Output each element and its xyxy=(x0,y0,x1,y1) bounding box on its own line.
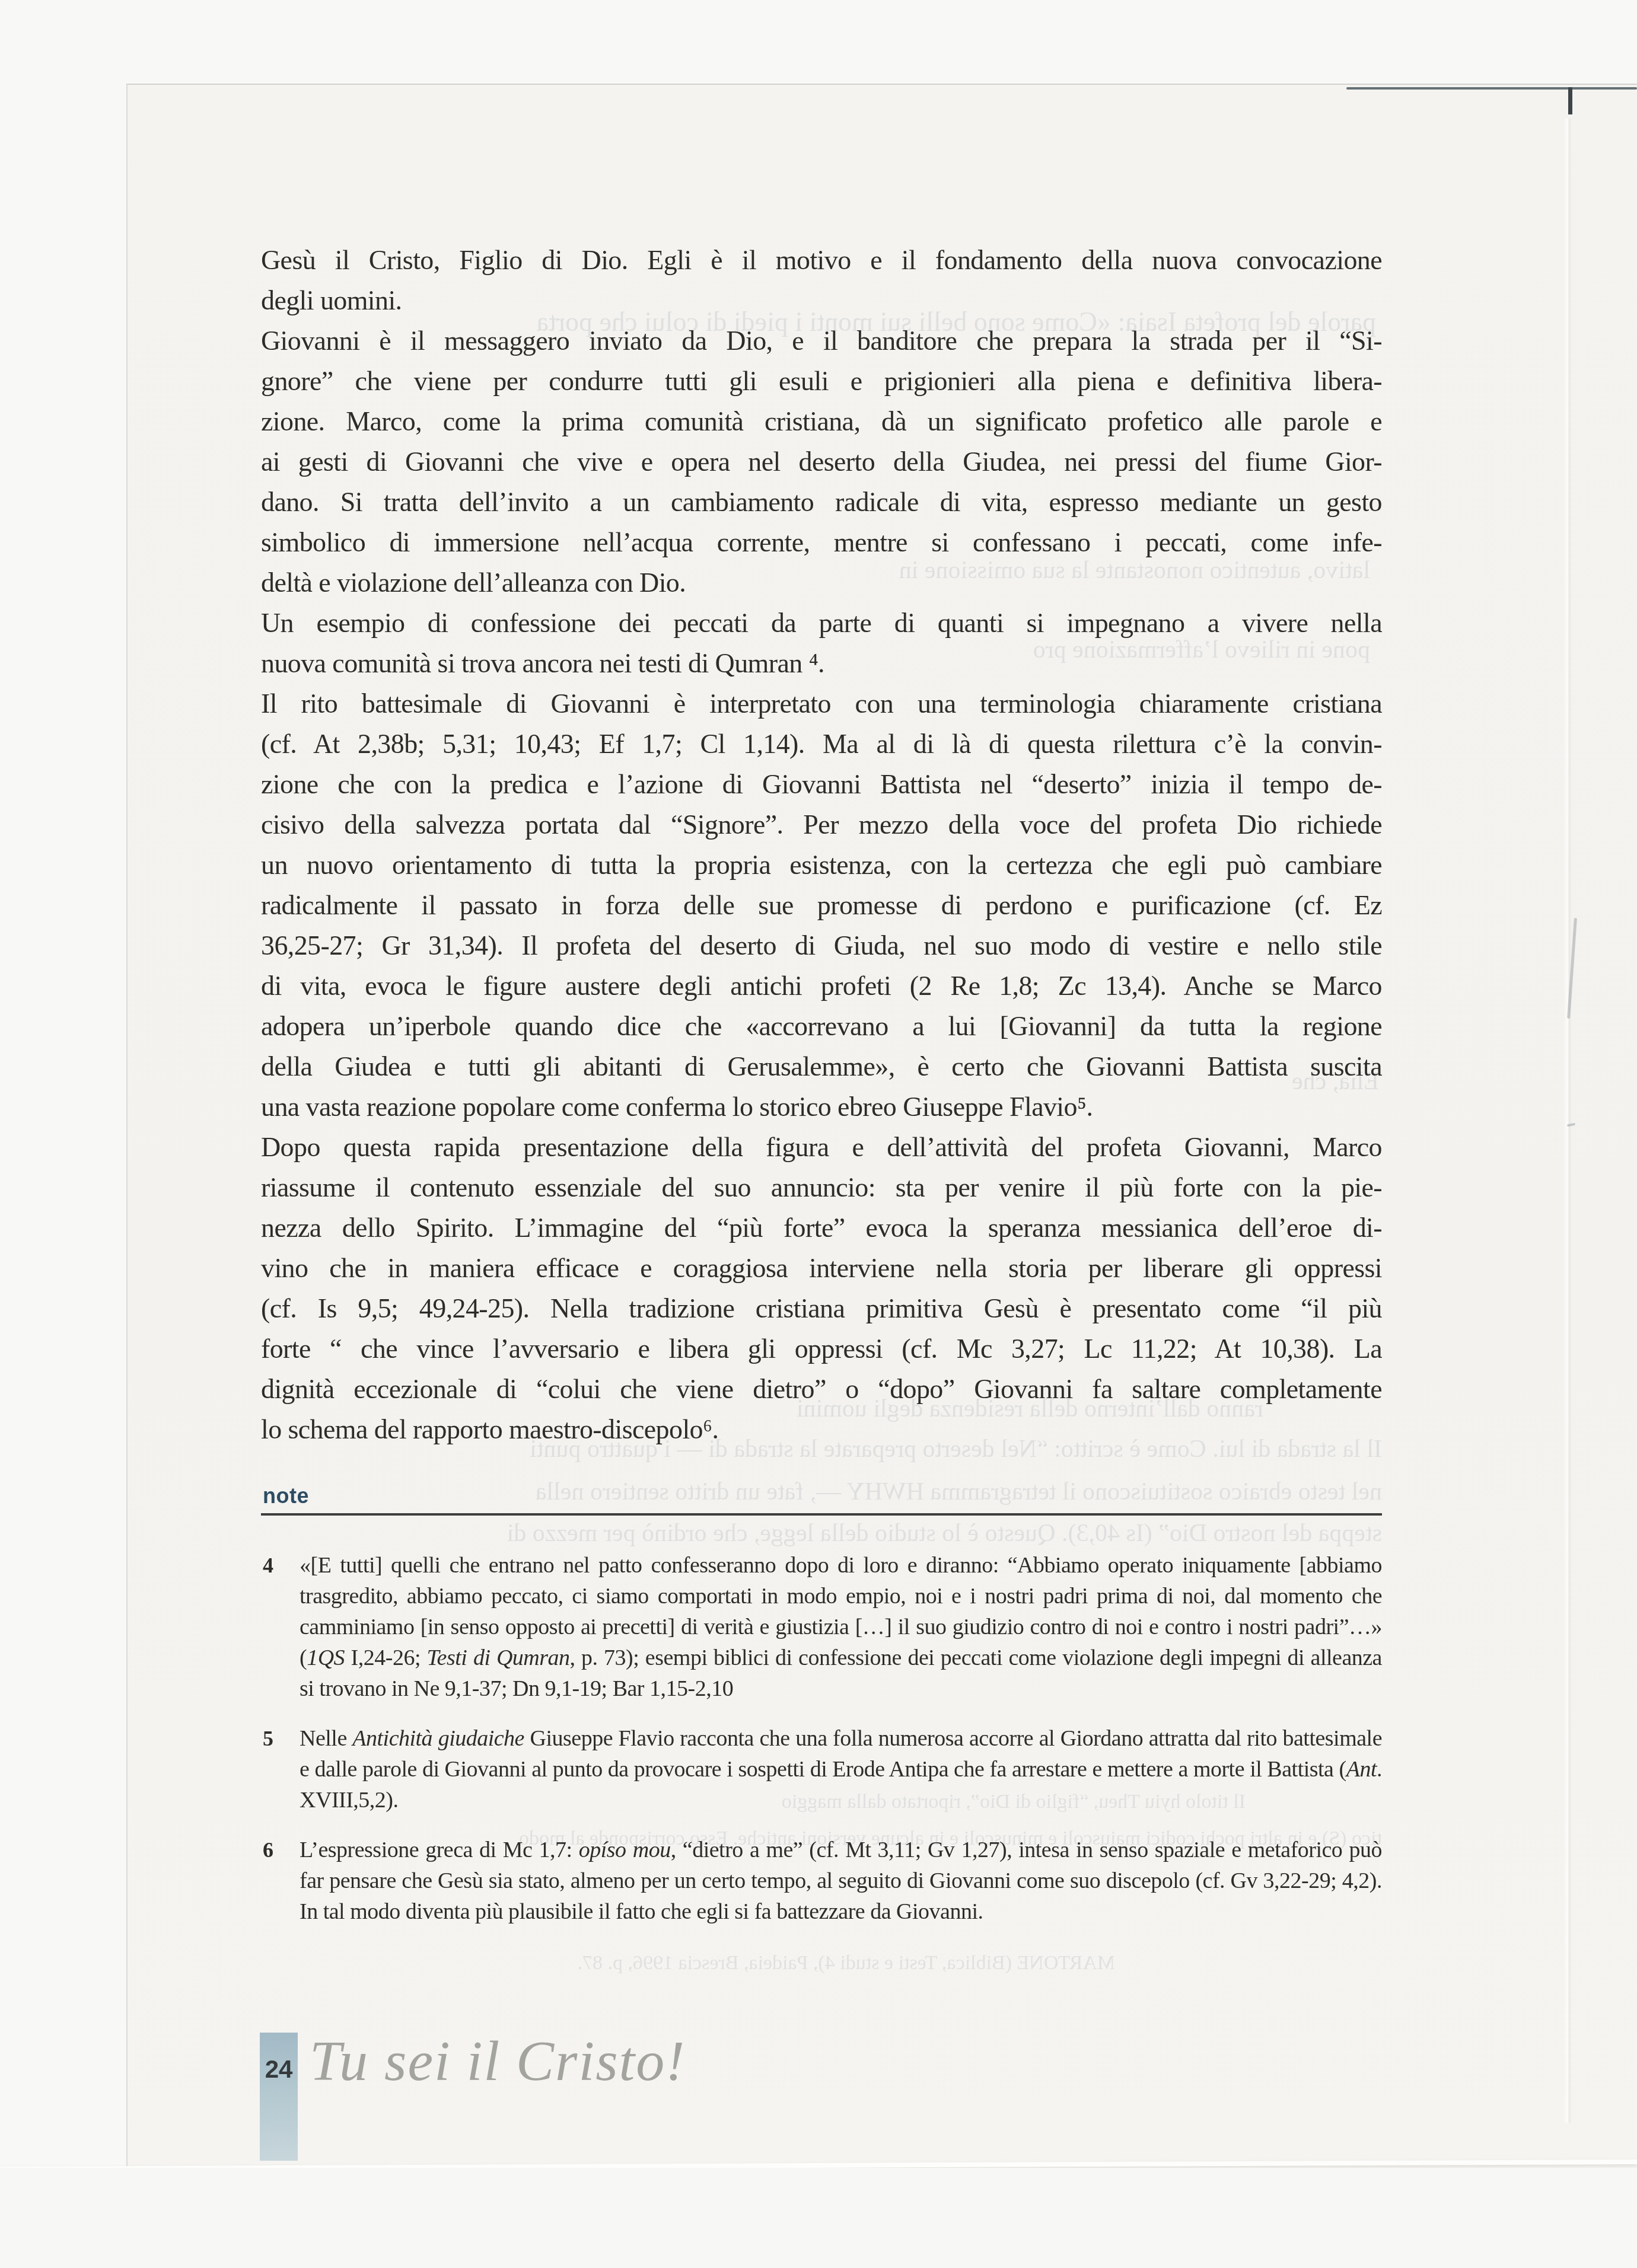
body-line: Dopo questa rapida presentazione della f… xyxy=(261,1127,1382,1168)
page-number-badge: 24 xyxy=(260,2033,298,2161)
footnote-text: Antichità giudaiche xyxy=(352,1726,524,1751)
body-text: Gesù il Cristo, Figlio di Dio. Egli è il… xyxy=(261,240,1382,1450)
body-line: deltà e violazione dell’alleanza con Dio… xyxy=(261,563,1382,603)
bleedthrough-text: MARTONE (Biblica, Testi e studi 4), Paid… xyxy=(332,1952,1115,1974)
body-line: simbolico di immersione nell’acqua corre… xyxy=(261,522,1382,563)
footnote-text: L’espressione greca di Mc 1,7: xyxy=(300,1838,579,1862)
body-line: dano. Si tratta dell’invito a un cambiam… xyxy=(261,482,1382,522)
paper-corner-fold-mark xyxy=(1568,87,1572,114)
body-line: zione che con la predica e l’azione di G… xyxy=(261,764,1382,805)
body-line: ai gesti di Giovanni che vive e opera ne… xyxy=(261,442,1382,482)
body-line: degli uomini. xyxy=(261,280,1382,321)
body-line: gnore” che viene per condurre tutti gli … xyxy=(261,361,1382,401)
body-line: 36,25-27; Gr 31,34). Il profeta del dese… xyxy=(261,926,1382,966)
bleedthrough-text: nel testo ebraico sostituiscono il tetra… xyxy=(261,1478,1382,1506)
page-number: 24 xyxy=(260,2055,298,2084)
footnote-text: opíso mou xyxy=(579,1838,671,1862)
paper-top-edge xyxy=(126,84,1637,85)
body-line: zione. Marco, come la prima comunità cri… xyxy=(261,401,1382,442)
footnote-text: Nelle xyxy=(300,1726,352,1751)
footnote: 5Nelle Antichità giudaiche Giuseppe Flav… xyxy=(300,1723,1382,1816)
body-line: Il rito battesimale di Giovanni è interp… xyxy=(261,684,1382,724)
scanned-book-page: parole del profeta Isaia: «Come sono bel… xyxy=(0,0,1637,2268)
body-line: Giovanni è il messaggero inviato da Dio,… xyxy=(261,321,1382,361)
body-line: Gesù il Cristo, Figlio di Dio. Egli è il… xyxy=(261,240,1382,280)
body-line: Un esempio di confessione dei peccati da… xyxy=(261,603,1382,643)
footnote-number: 6 xyxy=(263,1835,273,1865)
body-line: (cf. Is 9,5; 49,24-25). Nella tradizione… xyxy=(261,1288,1382,1329)
body-line: nezza dello Spirito. L’immagine del “più… xyxy=(261,1208,1382,1248)
body-line: (cf. At 2,38b; 5,31; 10,43; Ef 1,7; Cl 1… xyxy=(261,724,1382,764)
body-line: vino che in maniera efficace e coraggios… xyxy=(261,1248,1382,1288)
footnotes: 4«[E tutti] quelli che entrano nel patto… xyxy=(261,1550,1382,1946)
footnote: 4«[E tutti] quelli che entrano nel patto… xyxy=(300,1550,1382,1704)
body-line: adopera un’iperbole quando dice che «acc… xyxy=(261,1006,1382,1047)
paper-top-edge-shadow xyxy=(1346,87,1637,90)
running-title: Tu sei il Cristo! xyxy=(310,2028,1140,2094)
footnote-number: 4 xyxy=(263,1550,273,1581)
paper-left-edge xyxy=(126,84,128,2168)
footnote-text: Testi di Qumran xyxy=(426,1645,569,1670)
footnote-text: 1QS xyxy=(307,1645,345,1670)
bleedthrough-text: steppa del nostro Dio” (Is 40,3). Questo… xyxy=(261,1519,1382,1548)
paper-crease xyxy=(1563,119,1572,2123)
body-line: una vasta reazione popolare come conferm… xyxy=(261,1087,1382,1127)
notes-divider xyxy=(261,1513,1382,1516)
body-line: lo schema del rapporto maestro-discepolo… xyxy=(261,1409,1382,1450)
footnote-text: Ant xyxy=(1346,1757,1377,1782)
body-line: riassume il contenuto essenziale del suo… xyxy=(261,1168,1382,1208)
body-line: nuova comunità si trova ancora nei testi… xyxy=(261,643,1382,684)
scanner-background xyxy=(0,2168,1637,2268)
footnote-text: I,24-26; xyxy=(345,1645,426,1670)
body-line: radicalmente il passato in forza delle s… xyxy=(261,885,1382,926)
notes-label: note xyxy=(263,1484,309,1508)
body-line: un nuovo orientamento di tutta la propri… xyxy=(261,845,1382,885)
body-line: forte “ che vince l’avversario e libera … xyxy=(261,1329,1382,1369)
body-line: dignità eccezionale di “colui che viene … xyxy=(261,1369,1382,1409)
footnote: 6L’espressione greca di Mc 1,7: opíso mo… xyxy=(300,1835,1382,1927)
body-line: cisivo della salvezza portata dal “Signo… xyxy=(261,805,1382,845)
body-line: di vita, evoca le figure austere degli a… xyxy=(261,966,1382,1006)
footnote-number: 5 xyxy=(263,1723,273,1754)
body-line: della Giudea e tutti gli abitanti di Ger… xyxy=(261,1047,1382,1087)
